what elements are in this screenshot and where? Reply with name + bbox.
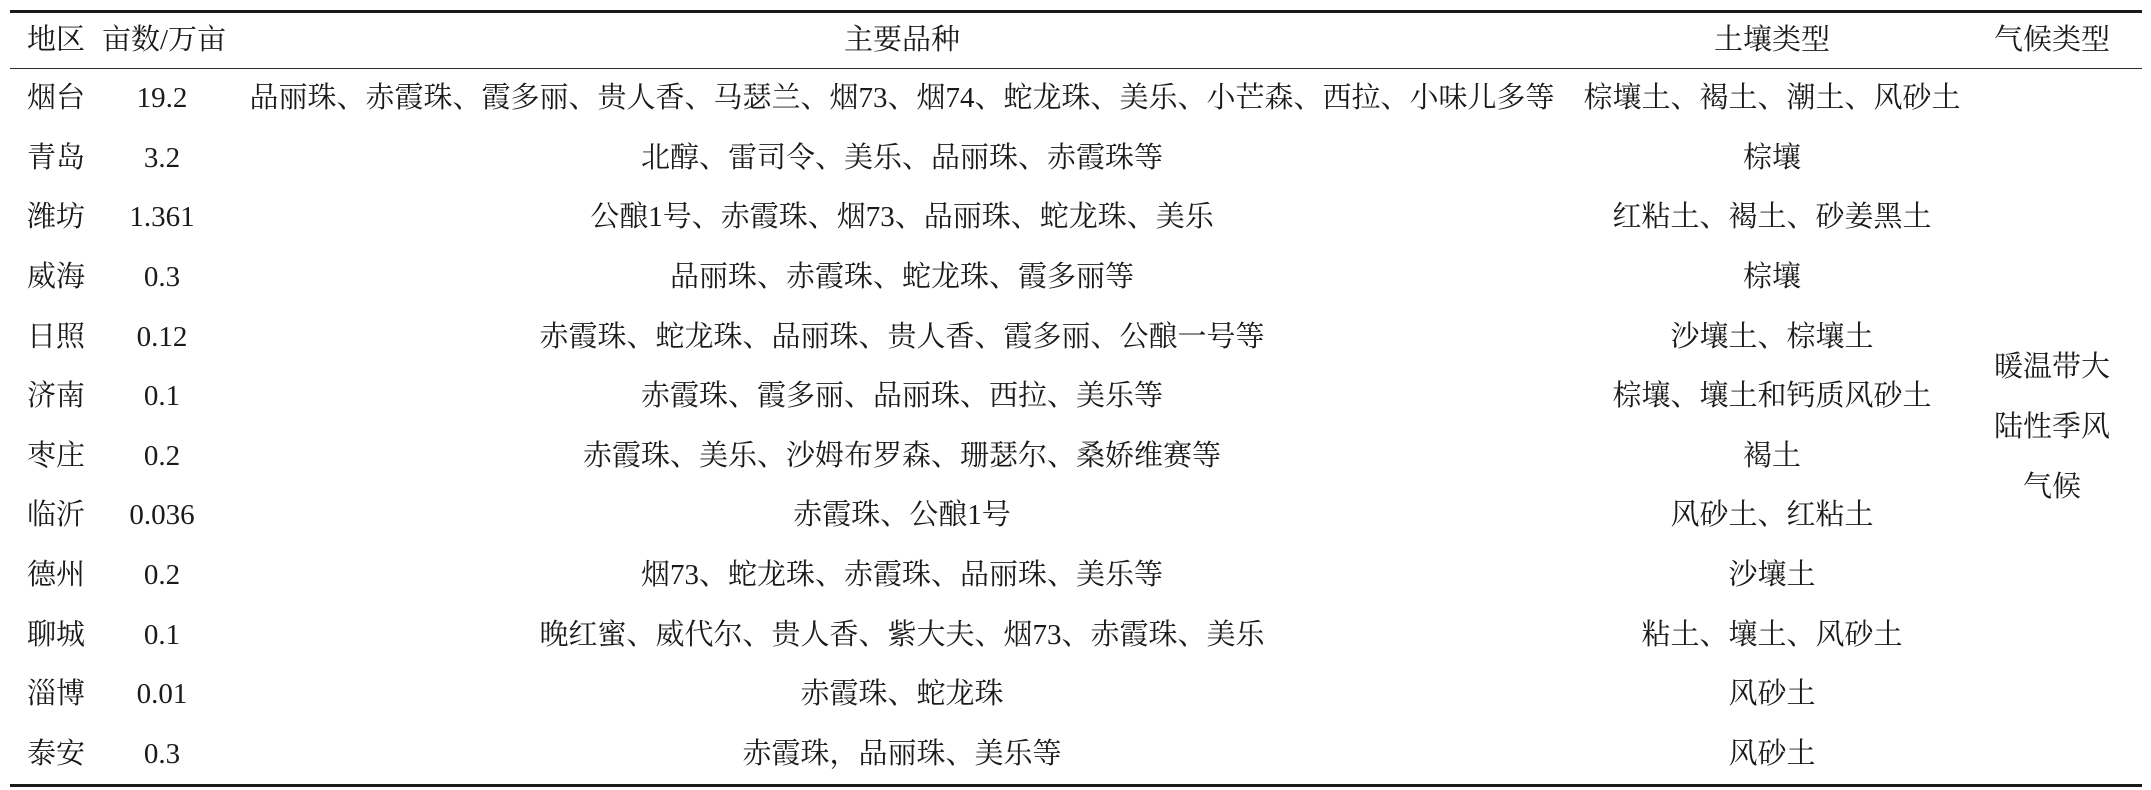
climate-line: 气候	[1962, 457, 2142, 517]
vineyard-table-container: 地区 亩数/万亩 主要品种 土壤类型 气候类型 烟台 19.2 品丽珠、赤霞珠、…	[10, 10, 2142, 787]
cell-soil: 棕壤	[1582, 129, 1962, 189]
table-row: 临沂 0.036 赤霞珠、公酿1号 风砂土、红粘土	[10, 486, 2142, 546]
cell-region: 聊城	[10, 605, 102, 665]
cell-varieties: 品丽珠、赤霞珠、蛇龙珠、霞多丽等	[222, 248, 1582, 308]
table-row: 日照 0.12 赤霞珠、蛇龙珠、品丽珠、贵人香、霞多丽、公酿一号等 沙壤土、棕壤…	[10, 307, 2142, 367]
cell-varieties: 品丽珠、赤霞珠、霞多丽、贵人香、马瑟兰、烟73、烟74、蛇龙珠、美乐、小芒森、西…	[222, 69, 1582, 129]
cell-varieties: 北醇、雷司令、美乐、品丽珠、赤霞珠等	[222, 129, 1582, 189]
table-row: 枣庄 0.2 赤霞珠、美乐、沙姆布罗森、珊瑟尔、桑娇维赛等 褐土	[10, 427, 2142, 487]
cell-area: 3.2	[102, 129, 222, 189]
cell-region: 临沂	[10, 486, 102, 546]
cell-soil: 红粘土、褐土、砂姜黑土	[1582, 188, 1962, 248]
cell-region: 日照	[10, 307, 102, 367]
cell-area: 0.3	[102, 725, 222, 786]
cell-area: 0.2	[102, 546, 222, 606]
cell-area: 1.361	[102, 188, 222, 248]
cell-soil: 沙壤土	[1582, 546, 1962, 606]
table-row: 济南 0.1 赤霞珠、霞多丽、品丽珠、西拉、美乐等 棕壤、壤土和钙质风砂土	[10, 367, 2142, 427]
cell-soil: 棕壤	[1582, 248, 1962, 308]
climate-line: 暖温带大	[1962, 337, 2142, 397]
cell-varieties: 赤霞珠、美乐、沙姆布罗森、珊瑟尔、桑娇维赛等	[222, 427, 1582, 487]
cell-area: 0.036	[102, 486, 222, 546]
cell-area: 0.3	[102, 248, 222, 308]
cell-soil: 粘土、壤土、风砂土	[1582, 605, 1962, 665]
cell-region: 淄博	[10, 665, 102, 725]
cell-region: 济南	[10, 367, 102, 427]
cell-varieties: 赤霞珠、蛇龙珠、品丽珠、贵人香、霞多丽、公酿一号等	[222, 307, 1582, 367]
cell-soil: 沙壤土、棕壤土	[1582, 307, 1962, 367]
climate-line: 陆性季风	[1962, 397, 2142, 457]
table-row: 烟台 19.2 品丽珠、赤霞珠、霞多丽、贵人香、马瑟兰、烟73、烟74、蛇龙珠、…	[10, 69, 2142, 129]
table-row: 潍坊 1.361 公酿1号、赤霞珠、烟73、品丽珠、蛇龙珠、美乐 红粘土、褐土、…	[10, 188, 2142, 248]
cell-area: 0.01	[102, 665, 222, 725]
table-row: 青岛 3.2 北醇、雷司令、美乐、品丽珠、赤霞珠等 棕壤	[10, 129, 2142, 189]
table-row: 泰安 0.3 赤霞珠，品丽珠、美乐等 风砂土	[10, 725, 2142, 786]
header-climate: 气候类型	[1962, 12, 2142, 69]
cell-varieties: 赤霞珠，品丽珠、美乐等	[222, 725, 1582, 786]
table-row: 淄博 0.01 赤霞珠、蛇龙珠 风砂土	[10, 665, 2142, 725]
cell-varieties: 赤霞珠、霞多丽、品丽珠、西拉、美乐等	[222, 367, 1582, 427]
cell-region: 潍坊	[10, 188, 102, 248]
vineyard-region-table: 地区 亩数/万亩 主要品种 土壤类型 气候类型 烟台 19.2 品丽珠、赤霞珠、…	[10, 10, 2142, 787]
cell-soil: 褐土	[1582, 427, 1962, 487]
cell-region: 枣庄	[10, 427, 102, 487]
header-region: 地区	[10, 12, 102, 69]
cell-area: 0.12	[102, 307, 222, 367]
cell-region: 烟台	[10, 69, 102, 129]
header-soil: 土壤类型	[1582, 12, 1962, 69]
cell-region: 青岛	[10, 129, 102, 189]
cell-varieties: 晚红蜜、威代尔、贵人香、紫大夫、烟73、赤霞珠、美乐	[222, 605, 1582, 665]
table-row: 威海 0.3 品丽珠、赤霞珠、蛇龙珠、霞多丽等 棕壤	[10, 248, 2142, 308]
cell-varieties: 赤霞珠、蛇龙珠	[222, 665, 1582, 725]
table-row: 德州 0.2 烟73、蛇龙珠、赤霞珠、品丽珠、美乐等 沙壤土	[10, 546, 2142, 606]
cell-soil: 棕壤、壤土和钙质风砂土	[1582, 367, 1962, 427]
cell-varieties: 烟73、蛇龙珠、赤霞珠、品丽珠、美乐等	[222, 546, 1582, 606]
cell-area: 0.1	[102, 367, 222, 427]
cell-area: 0.1	[102, 605, 222, 665]
cell-soil: 风砂土	[1582, 665, 1962, 725]
cell-region: 威海	[10, 248, 102, 308]
cell-region: 德州	[10, 546, 102, 606]
cell-soil: 风砂土、红粘土	[1582, 486, 1962, 546]
cell-varieties: 公酿1号、赤霞珠、烟73、品丽珠、蛇龙珠、美乐	[222, 188, 1582, 248]
table-row: 聊城 0.1 晚红蜜、威代尔、贵人香、紫大夫、烟73、赤霞珠、美乐 粘土、壤土、…	[10, 605, 2142, 665]
cell-soil: 风砂土	[1582, 725, 1962, 786]
header-area: 亩数/万亩	[102, 12, 222, 69]
header-row: 地区 亩数/万亩 主要品种 土壤类型 气候类型	[10, 12, 2142, 69]
cell-varieties: 赤霞珠、公酿1号	[222, 486, 1582, 546]
cell-soil: 棕壤土、褐土、潮土、风砂土	[1582, 69, 1962, 129]
header-varieties: 主要品种	[222, 12, 1582, 69]
cell-climate-merged: 暖温带大 陆性季风 气候	[1962, 69, 2142, 786]
cell-area: 19.2	[102, 69, 222, 129]
cell-region: 泰安	[10, 725, 102, 786]
cell-area: 0.2	[102, 427, 222, 487]
